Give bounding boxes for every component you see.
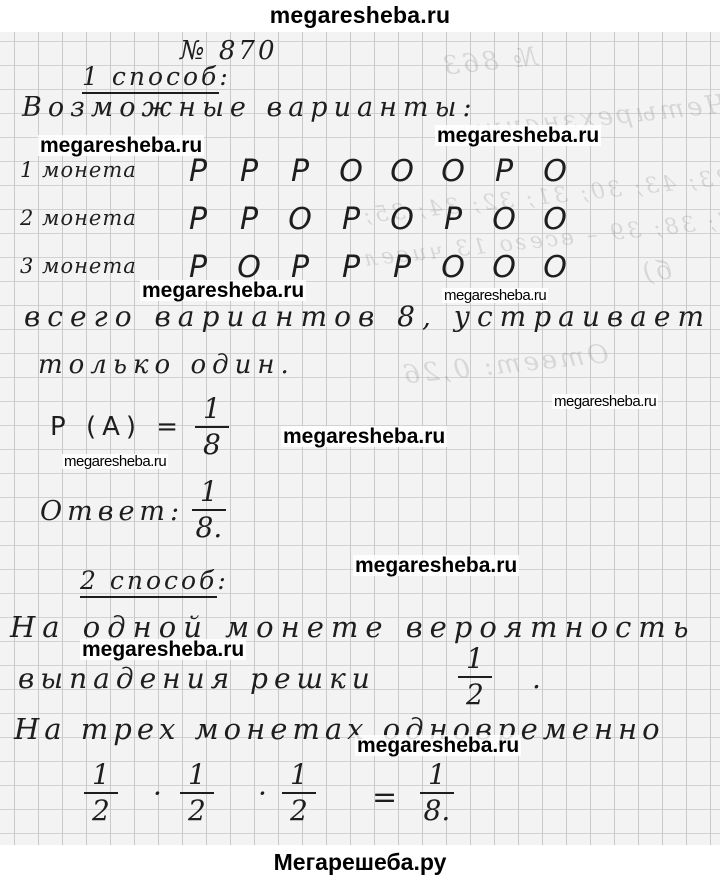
- fraction-numerator: 1: [195, 394, 229, 424]
- coin-outcome: Р: [489, 154, 519, 189]
- fraction-numerator: 1: [420, 760, 454, 790]
- coin-outcome: Р: [438, 202, 468, 237]
- fraction-denominator: 2: [188, 796, 206, 826]
- method2-line2: выпадения решки: [18, 662, 376, 695]
- probability-lhs: Р (А) =: [50, 412, 184, 442]
- coin-outcome: О: [336, 154, 366, 189]
- coin-row-label: 2 монета: [20, 206, 137, 230]
- fraction-numerator: 1: [282, 760, 316, 790]
- watermark: megaresheba.ru: [62, 454, 168, 469]
- coin-outcome: О: [438, 154, 468, 189]
- coin-outcome: О: [438, 250, 468, 285]
- method1-title-text: 1 способ: [82, 62, 219, 94]
- site-footer-title: Мегарешеба.ру: [274, 849, 447, 875]
- equation-factor: 1 2: [180, 760, 214, 826]
- answer1-label: Ответ:: [40, 496, 184, 527]
- bleed-through-number: № 863: [439, 42, 539, 82]
- coin-outcome: Р: [183, 154, 213, 189]
- half-fraction: 1 2: [458, 644, 492, 710]
- coin-outcome: О: [387, 154, 417, 189]
- equation-factor: 1 2: [84, 760, 118, 826]
- multiply-dot: ·: [258, 777, 270, 810]
- coin-outcome: О: [285, 202, 315, 237]
- answer1-fraction: 1 8.: [192, 477, 226, 543]
- bleed-through-line: Ответ: 0,26: [399, 339, 610, 391]
- site-header-title: megaresheba.ru: [270, 2, 451, 28]
- site-footer: Мегарешеба.ру: [0, 845, 720, 878]
- fraction-numerator: 1: [192, 477, 226, 507]
- watermark: megaresheba.ru: [435, 125, 601, 146]
- coin-outcome: О: [489, 202, 519, 237]
- method1-line2: только один.: [38, 350, 295, 380]
- fraction-denominator: 2: [466, 680, 484, 710]
- coin-outcome: О: [540, 250, 570, 285]
- fraction-denominator: 2: [290, 796, 308, 826]
- coin-outcome: О: [387, 202, 417, 237]
- method2-title-text: 2 способ: [80, 566, 217, 598]
- method2-title: 2 способ:: [80, 566, 229, 595]
- equals-sign: =: [372, 780, 400, 815]
- method1-line1: всего вариантов 8, устраивает: [24, 300, 711, 333]
- coin-outcome: Р: [234, 202, 264, 237]
- watermark: megaresheba.ru: [442, 288, 548, 303]
- coin-outcome: Р: [336, 202, 366, 237]
- fraction-denominator: 2: [92, 796, 110, 826]
- watermark: megaresheba.ru: [38, 135, 204, 156]
- method1-title: 1 способ:: [82, 62, 231, 91]
- multiply-dot: ·: [153, 777, 165, 810]
- method1-intro: Возможные варианты:: [22, 92, 478, 123]
- fraction-numerator: 1: [84, 760, 118, 790]
- coin-outcome: О: [489, 250, 519, 285]
- watermark: megaresheba.ru: [281, 426, 447, 447]
- fraction-numerator: 1: [458, 644, 492, 674]
- equation-factor: 1 2: [282, 760, 316, 826]
- site-header: megaresheba.ru: [0, 0, 720, 32]
- fraction-denominator: 8: [203, 430, 221, 460]
- coin-row-label: 3 монета: [20, 254, 137, 278]
- method2-line3: На трех монетах одновременно: [14, 712, 665, 746]
- coin-outcome: О: [540, 202, 570, 237]
- method2-title-colon: :: [217, 566, 228, 595]
- coin-outcome: Р: [336, 250, 366, 285]
- equation-result: 1 8.: [420, 760, 454, 826]
- coin-outcome: О: [540, 154, 570, 189]
- watermark: megaresheba.ru: [355, 735, 521, 756]
- watermark: megaresheba.ru: [552, 394, 658, 409]
- watermark: megaresheba.ru: [353, 555, 519, 576]
- fraction-numerator: 1: [180, 760, 214, 790]
- fraction-denominator: 8.: [196, 513, 223, 543]
- coin-outcome: Р: [183, 202, 213, 237]
- fraction-denominator: 8.: [424, 796, 451, 826]
- notebook-page: № 863 а) Четырехзначных 3; 13; 23; 43; 3…: [0, 32, 720, 845]
- coin-row-label: 1 монета: [20, 158, 137, 182]
- coin-outcome: Р: [285, 154, 315, 189]
- bleed-through-line: б): [639, 255, 674, 288]
- watermark: megaresheba.ru: [140, 280, 306, 301]
- coin-outcome: Р: [387, 250, 417, 285]
- method1-title-colon: :: [219, 62, 230, 91]
- watermark: megaresheba.ru: [80, 639, 246, 660]
- method2-line2-period: .: [532, 662, 544, 695]
- probability-fraction: 1 8: [195, 394, 229, 460]
- coin-outcome: Р: [234, 154, 264, 189]
